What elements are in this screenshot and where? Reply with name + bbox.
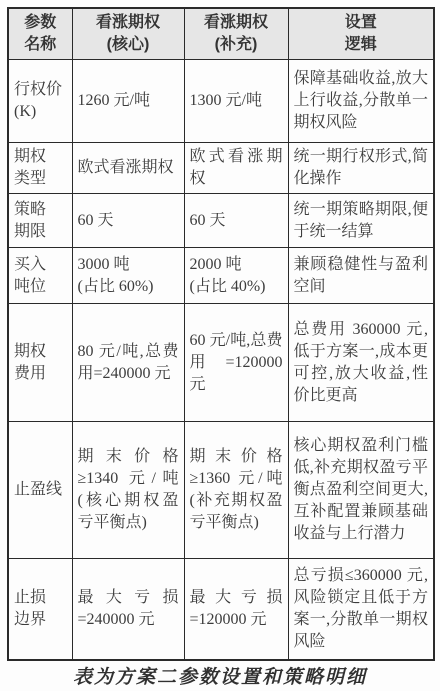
cell-param: 止损 边界 xyxy=(8,559,72,660)
cell-logic: 总费用 360000 元,低于方案一,成本更可控,放大收益,性价比更高 xyxy=(288,304,434,422)
header-param-name: 参数 名称 xyxy=(8,8,72,60)
table-row-stop-loss-boundary: 止损 边界 最大亏损=240000 元 最大亏损=120000 元 总亏损≤36… xyxy=(8,559,434,660)
cell-core-value: 最大亏损=240000 元 xyxy=(72,559,184,660)
table-row-buy-tonnage: 买入 吨位 3000 吨 (占比 60%) 2000 吨 (占比 40%) 兼顾… xyxy=(8,248,434,304)
cell-logic: 兼顾稳健性与盈利空间 xyxy=(288,248,434,304)
table-row-strike-price: 行权价 (K) 1260 元/吨 1300 元/吨 保障基础收益,放大上行收益,… xyxy=(8,60,434,143)
cell-supplement-value: 60 天 xyxy=(184,194,288,248)
header-setting-logic: 设置 逻辑 xyxy=(288,8,434,60)
cell-supplement-value: 最大亏损=120000 元 xyxy=(184,559,288,660)
table-row-take-profit-line: 止盈线 期末价格≥1340 元/吨(核心期权盈亏平衡点) 期末价格≥1360 元… xyxy=(8,422,434,559)
cell-supplement-value: 2000 吨 (占比 40%) xyxy=(184,248,288,304)
cell-core-value: 1260 元/吨 xyxy=(72,60,184,143)
cell-core-value: 3000 吨 (占比 60%) xyxy=(72,248,184,304)
cell-supplement-value: 1300 元/吨 xyxy=(184,60,288,143)
cell-core-value: 欧式看涨期权 xyxy=(72,143,184,194)
cell-core-value: 80 元/吨,总费用=240000 元 xyxy=(72,304,184,422)
table-row-strategy-term: 策略 期限 60 天 60 天 统一期策略期限,便于统一结算 xyxy=(8,194,434,248)
cell-logic: 保障基础收益,放大上行收益,分散单一期权风险 xyxy=(288,60,434,143)
cell-core-value: 期末价格≥1340 元/吨(核心期权盈亏平衡点) xyxy=(72,422,184,559)
cell-supplement-value: 欧式看涨期权 xyxy=(184,143,288,194)
table-row-option-cost: 期权 费用 80 元/吨,总费用=240000 元 60 元/吨,总费用=120… xyxy=(8,304,434,422)
table-row-option-type: 期权 类型 欧式看涨期权 欧式看涨期权 统一期行权形式,简化操作 xyxy=(8,143,434,194)
header-row: 参数 名称 看涨期权 (核心) 看涨期权 (补充) 设置 逻辑 xyxy=(8,8,434,60)
header-call-core: 看涨期权 (核心) xyxy=(72,8,184,60)
cell-core-value: 60 天 xyxy=(72,194,184,248)
cell-param: 行权价 (K) xyxy=(8,60,72,143)
cell-param: 策略 期限 xyxy=(8,194,72,248)
cell-param: 止盈线 xyxy=(8,422,72,559)
cell-logic: 核心期权盈利门槛低,补充期权盈亏平衡点盈利空间更大,互补配置兼顾基础收益与上行潜… xyxy=(288,422,434,559)
params-table: 参数 名称 看涨期权 (核心) 看涨期权 (补充) 设置 逻辑 行权价 (K) … xyxy=(7,7,435,661)
cell-supplement-value: 期末价格≥1360 元/吨(补充期权盈亏平衡点) xyxy=(184,422,288,559)
cell-param: 期权 类型 xyxy=(8,143,72,194)
header-call-supplement: 看涨期权 (补充) xyxy=(184,8,288,60)
cell-logic: 总亏损≤360000 元,风险锁定且低于方案一,分散单一期权风险 xyxy=(288,559,434,660)
cell-param: 期权 费用 xyxy=(8,304,72,422)
cell-logic: 统一期策略期限,便于统一结算 xyxy=(288,194,434,248)
table-caption: 表为方案二参数设置和策略明细 xyxy=(0,662,440,689)
cell-supplement-value: 60 元/吨,总费用=120000 元 xyxy=(184,304,288,422)
cell-logic: 统一期行权形式,简化操作 xyxy=(288,143,434,194)
cell-param: 买入 吨位 xyxy=(8,248,72,304)
document-page: 参数 名称 看涨期权 (核心) 看涨期权 (补充) 设置 逻辑 行权价 (K) … xyxy=(0,0,440,691)
